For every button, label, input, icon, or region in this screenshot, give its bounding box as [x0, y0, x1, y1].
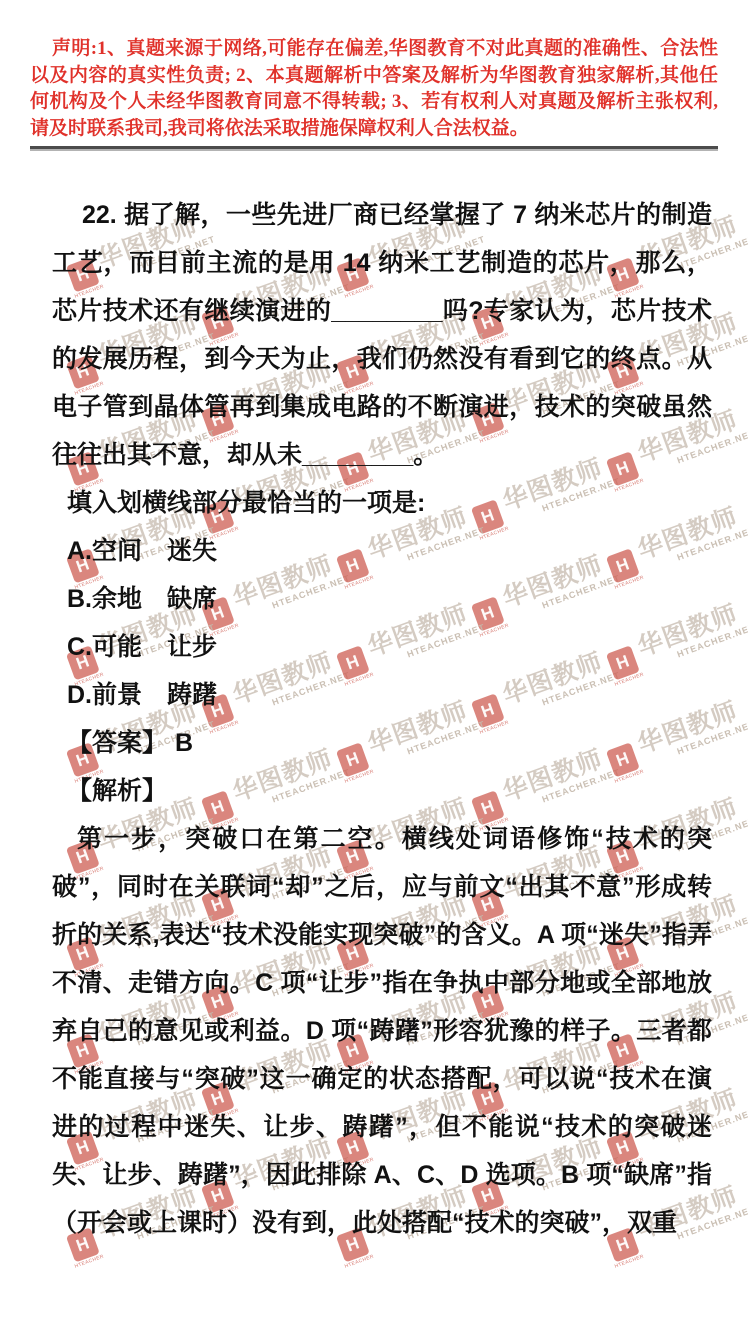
- analysis-text: 第一步，突破口在第二空。横线处词语修饰“技术的突破”，同时在关联词“却”之后，应…: [52, 815, 712, 1247]
- exam-answer-page: HHTEACHER.NET华图教师HTEACHER.NETHHTEACHER.N…: [0, 0, 748, 1335]
- option-b: B.余地 缺席: [52, 575, 712, 623]
- question-text: 22. 据了解，一些先进厂商已经掌握了 7 纳米芯片的制造工艺，而目前主流的是用…: [52, 191, 712, 479]
- analysis-label: 【解析】: [52, 767, 712, 815]
- watermark-logo-caption: HTEACHER.NET: [344, 1254, 374, 1270]
- question-block: 22. 据了解，一些先进厂商已经掌握了 7 纳米芯片的制造工艺，而目前主流的是用…: [52, 191, 712, 1247]
- watermark-logo-caption: HTEACHER.NET: [74, 1254, 104, 1270]
- question-prompt: 填入划横线部分最恰当的一项是:: [52, 479, 712, 527]
- disclaimer-text: 声明:1、真题来源于网络,可能存在偏差,华图教育不对此真题的准确性、合法性以及内…: [30, 36, 718, 142]
- option-d: D.前景 踌躇: [52, 671, 712, 719]
- answer-label: 【答案】: [67, 729, 167, 757]
- divider-rule-light-line: [30, 149, 718, 151]
- answer-value: B: [175, 729, 193, 757]
- option-c: C.可能 让步: [52, 623, 712, 671]
- option-a: A.空间 迷失: [52, 527, 712, 575]
- divider-rule: [30, 146, 718, 151]
- answer-line: 【答案】B: [52, 719, 712, 767]
- watermark-logo-caption: HTEACHER.NET: [614, 1254, 644, 1270]
